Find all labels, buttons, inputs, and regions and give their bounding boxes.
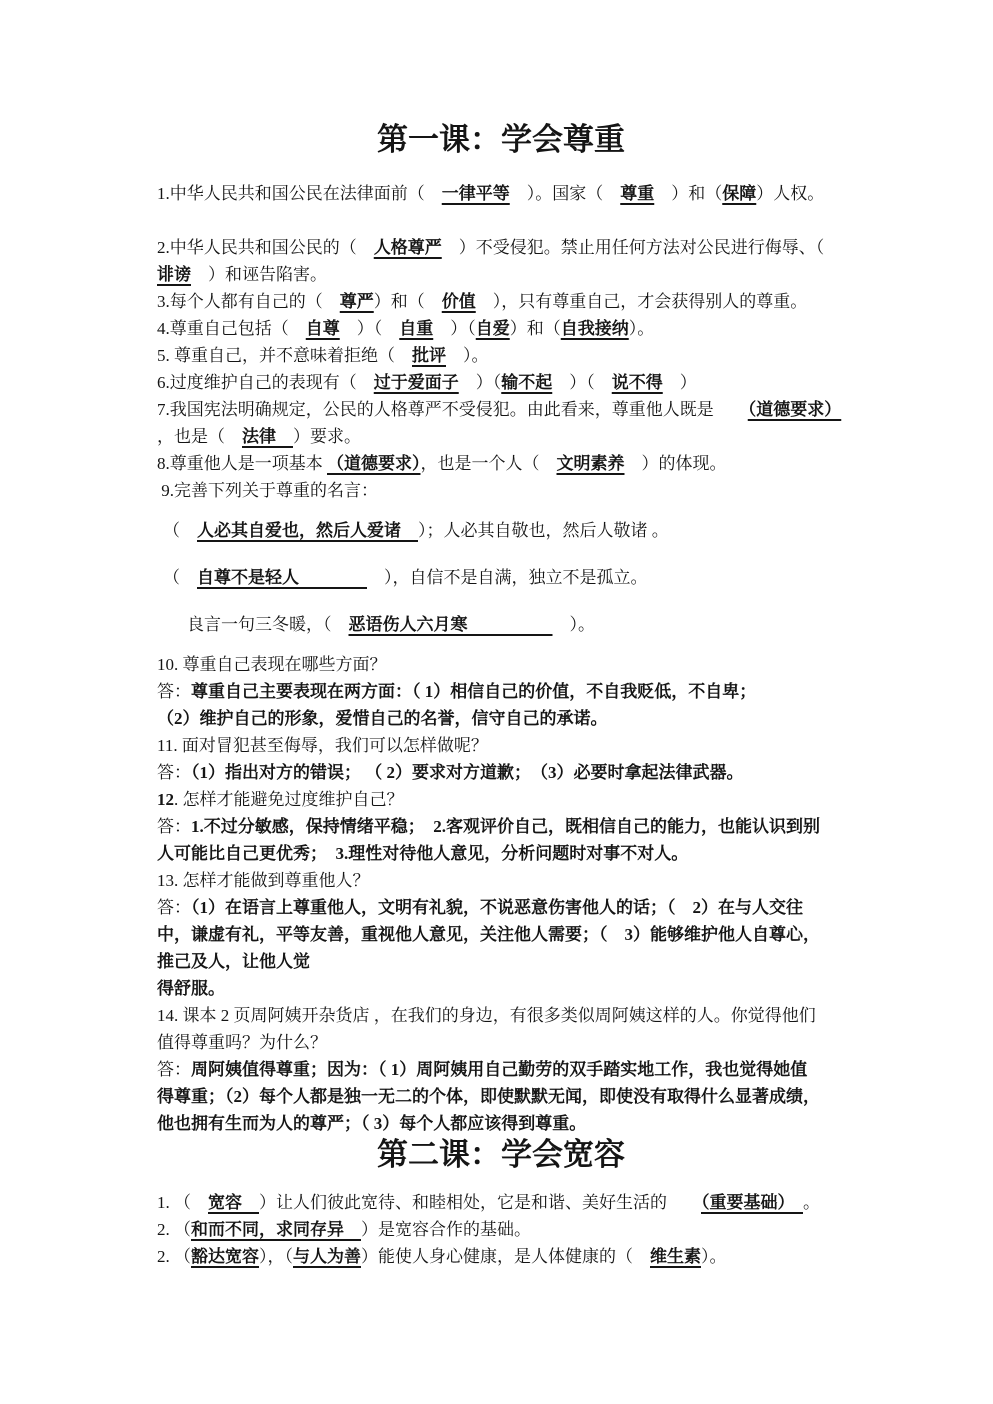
text-line: ，也是（ 法律 ）要求。 <box>157 423 845 450</box>
answer-blank: 尊严 <box>340 292 374 311</box>
text-run: ）人权。 <box>756 184 824 203</box>
answer-blank: 与人为善 <box>293 1247 361 1266</box>
answer-blank: 维生素 <box>650 1247 701 1266</box>
text-line: 答：（1）在语言上尊重他人，文明有礼貌，不说恶意伤害他人的话；（ 2）在与人交往 <box>157 894 845 921</box>
text-run: 7.我国宪法明确规定，公民的人格尊严不受侵犯。由此看来，尊重他人既是 <box>157 400 748 419</box>
document-page: 第一课：学会尊重1.中华人民共和国公民在法律面前（ 一律平等 ）。国家（ 尊重 … <box>0 0 993 1404</box>
answer-blank: 保障 <box>722 184 756 203</box>
answer-blank: 诽谤 <box>157 265 191 284</box>
text-run: ）和（ <box>654 184 722 203</box>
text-run: 6.过度维护自己的表现有（ <box>157 373 374 392</box>
text-run: 11. 面对冒犯甚至侮辱，我们可以怎样做呢？ <box>157 736 488 755</box>
answer-blank: （道德要求） <box>327 454 421 473</box>
text-run: 第一课：学会尊重 <box>377 122 625 157</box>
text-line: 值得尊重吗？为什么？ <box>157 1029 845 1056</box>
text-line: 中，谦虚有礼，平等友善，重视他人意见，关注他人需要；（ 3）能够维护他人自尊心， <box>157 921 845 948</box>
text-line: 2. （和而不同，求同存异 ）是宽容合作的基础。 <box>157 1216 845 1243</box>
text-line: 12. 怎样才能避免过度维护自己？ <box>157 786 845 813</box>
blank-line <box>157 207 845 234</box>
text-run: 答： <box>157 898 191 917</box>
text-line: 答：周阿姨值得尊重；因为：（ 1）周阿姨用自己勤劳的双手踏实地工作，我也觉得她值 <box>157 1056 845 1083</box>
text-run: 得尊重；（2）每个人都是独一无二的个体，即使默默无闻，即使没有取得什么显著成绩， <box>157 1087 820 1106</box>
text-line: （2）维护自己的形象，爱惜自己的名誉，信守自己的承诺。 <box>157 705 845 732</box>
text-run: 中，谦虚有礼，平等友善，重视他人意见，关注他人需要；（ 3）能够维护他人自尊心， <box>157 925 820 944</box>
text-run: 2.中华人民共和国公民的（ <box>157 238 374 257</box>
answer-blank: 价值 <box>442 292 476 311</box>
text-run: 13. 怎样才能做到尊重他人？ <box>157 871 370 890</box>
text-run: ）要求。 <box>293 427 361 446</box>
text-run: ），只有尊重自己，才会获得别人的尊重。 <box>476 292 808 311</box>
text-line: 1. （ 宽容 ）让人们彼此宽待、和睦相处，它是和谐、美好生活的 （重要基础） … <box>157 1189 845 1216</box>
text-run: 答： <box>157 1060 191 1079</box>
text-run: （ <box>163 568 197 587</box>
text-line: 8.尊重他人是一项基本 （道德要求），也是一个人（ 文明素养 ）的体现。 <box>157 450 845 477</box>
text-line: 得舒服。 <box>157 975 845 1002</box>
text-run: 4.尊重自己包括（ <box>157 319 306 338</box>
text-run: 良言一句三冬暖，（ <box>187 615 349 634</box>
answer-blank: 过于爱面子 <box>374 373 459 392</box>
answer-blank: 宽容 <box>208 1193 259 1212</box>
answer-blank: 和而不同，求同存异 <box>191 1220 361 1239</box>
answer-blank: 人格尊严 <box>374 238 442 257</box>
answer-blank: 文明素养 <box>557 454 625 473</box>
text-run: ）让人们彼此宽待、和睦相处，它是和谐、美好生活的 <box>259 1193 701 1212</box>
text-line: 11. 面对冒犯甚至侮辱，我们可以怎样做呢？ <box>157 732 845 759</box>
text-line: （ 自尊不是轻人 ），自信不是自满，独立不是孤立。 <box>157 564 845 591</box>
text-run: 3.每个人都有自己的（ <box>157 292 340 311</box>
text-run: ）。 <box>446 346 489 365</box>
answer-blank: 尊重 <box>620 184 654 203</box>
text-run: 14. 课本 2 页周阿姨开杂货店 ，在我们的身边，有很多类似周阿姨这样的人。你… <box>157 1006 816 1025</box>
text-run: ）；人必其自敬也，然后人敬诸 。 <box>418 521 669 540</box>
text-run: 他也拥有生而为人的尊严；（ 3）每个人都应该得到尊重。 <box>157 1114 586 1133</box>
text-run: ）能使人身心健康，是人体健康的（ <box>361 1247 650 1266</box>
text-line: 推己及人，让他人觉 <box>157 948 845 975</box>
text-line: 1.中华人民共和国公民在法律面前（ 一律平等 ）。国家（ 尊重 ）和（保障）人权… <box>157 180 845 207</box>
text-run: 周阿姨值得尊重；因为：（ 1）周阿姨用自己勤劳的双手踏实地工作，我也觉得她值 <box>191 1060 807 1079</box>
text-run: 答： <box>157 682 191 701</box>
text-run: ）不受侵犯。禁止用任何方法对公民进行侮辱、（ <box>442 238 825 257</box>
answer-blank: 批评 <box>412 346 446 365</box>
text-run: （1）在语言上尊重他人，文明有礼貌，不说恶意伤害他人的话；（ 2）在与人交往 <box>191 898 803 917</box>
text-run: 2. （ <box>157 1220 191 1239</box>
text-run: . 怎样才能避免过度维护自己？ <box>174 790 404 809</box>
answer-blank: （道德要求） <box>748 400 842 419</box>
text-run: 值得尊重吗？为什么？ <box>157 1033 327 1052</box>
text-run: ）。 <box>701 1247 727 1266</box>
text-run: 1.不过分敏感，保持情绪平稳； 2.客观评价自己，既相信自己的能力，也能认识到别 <box>191 817 820 836</box>
answer-blank: 人必其自爱也，然后人爱诸 <box>197 521 418 540</box>
text-line: 诽谤 ）和诬告陷害。 <box>157 261 845 288</box>
text-run: 得舒服。 <box>157 979 225 998</box>
text-run: ）是宽容合作的基础。 <box>361 1220 531 1239</box>
text-line: 3.每个人都有自己的（ 尊严）和（ 价值 ），只有尊重自己，才会获得别人的尊重。 <box>157 288 845 315</box>
text-run: ）（ <box>552 373 612 392</box>
text-run: ）。国家（ <box>510 184 621 203</box>
answer-blank: 输不起 <box>501 373 552 392</box>
answer-blank: 自重 <box>399 319 433 338</box>
text-run: 1. （ <box>157 1193 208 1212</box>
text-run: ）和（ <box>510 319 561 338</box>
text-run: ，也是（ <box>157 427 242 446</box>
text-run: 2. （ <box>157 1247 191 1266</box>
answer-blank: 自爱 <box>476 319 510 338</box>
text-line: 2.中华人民共和国公民的（ 人格尊严 ）不受侵犯。禁止用任何方法对公民进行侮辱、… <box>157 234 845 261</box>
answer-blank: 自尊不是轻人 <box>197 568 367 587</box>
text-run: 答： <box>157 763 191 782</box>
text-line: 14. 课本 2 页周阿姨开杂货店 ，在我们的身边，有很多类似周阿姨这样的人。你… <box>157 1002 845 1029</box>
text-line: 答：尊重自己主要表现在两方面：（ 1）相信自己的价值，不自我贬低，不自卑； <box>157 678 845 705</box>
text-line: 得尊重；（2）每个人都是独一无二的个体，即使默默无闻，即使没有取得什么显著成绩， <box>157 1083 845 1110</box>
answer-blank: 说不得 <box>612 373 663 392</box>
text-run: ）（ <box>433 319 476 338</box>
text-line: 10. 尊重自己表现在哪些方面？ <box>157 651 845 678</box>
text-line: 9.完善下列关于尊重的名言： <box>157 477 845 504</box>
answer-blank: （重要基础） <box>701 1193 803 1212</box>
text-line: 5. 尊重自己，并不意味着拒绝（ 批评 ）。 <box>157 342 845 369</box>
text-run: 尊重自己主要表现在两方面：（ 1）相信自己的价值，不自我贬低，不自卑； <box>191 682 756 701</box>
text-run: 8.尊重他人是一项基本 <box>157 454 327 473</box>
text-run: ，也是一个人（ <box>421 454 557 473</box>
text-run: ），自信不是自满，独立不是孤立。 <box>367 568 648 587</box>
text-run: （1）指出对方的错误； （ 2）要求对方道歉； （3）必要时拿起法律武器。 <box>191 763 744 782</box>
text-run: ）（ <box>459 373 502 392</box>
text-line: 人可能比自己更优秀； 3.理性对待他人意见，分析问题时对事不对人。 <box>157 840 845 867</box>
answer-blank: 自我接纳 <box>561 319 629 338</box>
lesson-1-title: 第一课：学会尊重 <box>157 118 845 162</box>
answer-blank: 豁达宽容 <box>191 1247 259 1266</box>
text-line: 良言一句三冬暖，（ 恶语伤人六月寒 ）。 <box>157 611 845 638</box>
answer-blank: 自尊 <box>306 319 340 338</box>
text-run: ）。 <box>553 615 596 634</box>
text-run: 5. 尊重自己，并不意味着拒绝（ <box>157 346 412 365</box>
text-run: 10. 尊重自己表现在哪些方面？ <box>157 655 387 674</box>
text-run: ）的体现。 <box>625 454 727 473</box>
document-body: 第一课：学会尊重1.中华人民共和国公民在法律面前（ 一律平等 ）。国家（ 尊重 … <box>157 0 845 1270</box>
text-run: （ <box>163 521 197 540</box>
text-line: 2. （豁达宽容），（与人为善）能使人身心健康，是人体健康的（ 维生素）。 <box>157 1243 845 1270</box>
text-line: 6.过度维护自己的表现有（ 过于爱面子 ）（输不起 ）（ 说不得 ） <box>157 369 845 396</box>
text-run: ）和（ <box>374 292 442 311</box>
text-run: ），（ <box>259 1247 293 1266</box>
text-run: ）。 <box>629 319 655 338</box>
text-line: 答：（1）指出对方的错误； （ 2）要求对方道歉； （3）必要时拿起法律武器。 <box>157 759 845 786</box>
text-run: ） <box>663 373 697 392</box>
answer-blank: 法律 <box>242 427 293 446</box>
text-line: 4.尊重自己包括（ 自尊 ）（ 自重 ）（自爱）和（自我接纳）。 <box>157 315 845 342</box>
text-run: 1.中华人民共和国公民在法律面前（ <box>157 184 442 203</box>
text-line: 7.我国宪法明确规定，公民的人格尊严不受侵犯。由此看来，尊重他人既是 （道德要求… <box>157 396 845 423</box>
answer-blank: 一律平等 <box>442 184 510 203</box>
text-run: ）（ <box>340 319 400 338</box>
text-run: 。 <box>803 1193 820 1212</box>
text-run: 人可能比自己更优秀； 3.理性对待他人意见，分析问题时对事不对人。 <box>157 844 688 863</box>
lesson-2-title: 第二课：学会宽容 <box>157 1133 845 1177</box>
text-line: 答：1.不过分敏感，保持情绪平稳； 2.客观评价自己，既相信自己的能力，也能认识… <box>157 813 845 840</box>
answer-blank: 恶语伤人六月寒 <box>349 615 553 634</box>
text-run: 第二课：学会宽容 <box>377 1137 625 1172</box>
text-run: 9.完善下列关于尊重的名言： <box>157 481 378 500</box>
text-run: 12 <box>157 790 174 809</box>
text-run: ）和诬告陷害。 <box>191 265 327 284</box>
text-run: 推己及人，让他人觉 <box>157 952 310 971</box>
text-line: （ 人必其自爱也，然后人爱诸 ）；人必其自敬也，然后人敬诸 。 <box>157 517 845 544</box>
text-run: （2）维护自己的形象，爱惜自己的名誉，信守自己的承诺。 <box>157 709 608 728</box>
text-run: 答： <box>157 817 191 836</box>
text-line: 13. 怎样才能做到尊重他人？ <box>157 867 845 894</box>
